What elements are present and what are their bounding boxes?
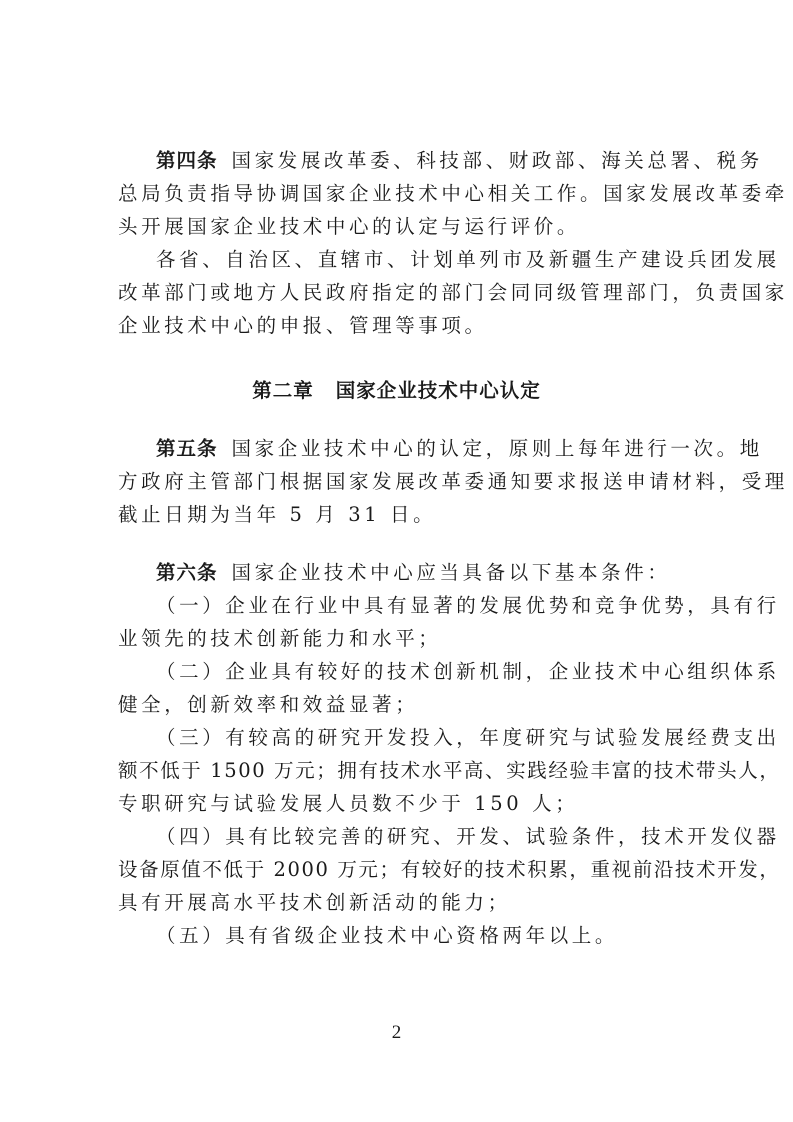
article-4-line-1: 第四条国家发展改革委、科技部、财政部、海关总署、税务 (156, 149, 702, 173)
article-5-line-2: 方政府主管部门根据国家发展改革委通知要求报送申请材料，受理 (118, 470, 702, 494)
chapter-number: 第二章 (252, 379, 314, 402)
article-4-para2-line-2: 改革部门或地方人民政府指定的部门会同同级管理部门，负责国家 (118, 281, 702, 305)
article-5-line-1: 第五条国家企业技术中心的认定，原则上每年进行一次。地 (156, 437, 702, 461)
article-6-item-2-line-1: （二）企业具有较好的技术创新机制，企业技术中心组织体系 (156, 660, 702, 684)
article-6-item-1-line-2: 业领先的技术创新能力和水平； (118, 627, 702, 651)
article-4-line-3: 头开展国家企业技术中心的认定与运行评价。 (118, 215, 702, 239)
chapter-title: 国家企业技术中心认定 (336, 379, 541, 402)
article-6-item-4-line-1: （四）具有比较完善的研究、开发、试验条件，技术开发仪器 (156, 825, 702, 849)
article-4-label: 第四条 (156, 149, 218, 172)
article-6-item-4-line-2: 设备原值不低于 2000 万元；有较好的技术积累，重视前沿技术开发， (118, 858, 702, 882)
article-6-item-5-line-1: （五）具有省级企业技术中心资格两年以上。 (156, 924, 702, 948)
article-6-label: 第六条 (156, 561, 218, 584)
article-6-item-2-line-2: 健全，创新效率和效益显著； (118, 693, 702, 717)
document-page: 第四条国家发展改革委、科技部、财政部、海关总署、税务 总局负责指导协调国家企业技… (0, 0, 793, 1122)
article-4-para2-line-3: 企业技术中心的申报、管理等事项。 (118, 314, 702, 338)
page-number: 2 (0, 1022, 793, 1044)
chapter-heading: 第二章国家企业技术中心认定 (0, 375, 793, 403)
article-5-label: 第五条 (156, 437, 218, 460)
article-6-item-3-line-1: （三）有较高的研究开发投入，年度研究与试验发展经费支出 (156, 726, 702, 750)
article-6-item-1-line-1: （一）企业在行业中具有显著的发展优势和竞争优势，具有行 (156, 594, 702, 618)
article-5-line-3: 截止日期为当年 5 月 31 日。 (118, 503, 702, 527)
article-6-intro: 第六条国家企业技术中心应当具备以下基本条件： (156, 561, 702, 585)
article-6-item-3-line-3: 专职研究与试验发展人员数不少于 150 人； (118, 792, 702, 816)
article-6-item-4-line-3: 具有开展高水平技术创新活动的能力； (118, 891, 702, 915)
article-4-line-2: 总局负责指导协调国家企业技术中心相关工作。国家发展改革委牵 (118, 182, 702, 206)
article-4-para2-line-1: 各省、自治区、直辖市、计划单列市及新疆生产建设兵团发展 (156, 248, 702, 272)
article-6-item-3-line-2: 额不低于 1500 万元；拥有技术水平高、实践经验丰富的技术带头人， (118, 759, 702, 783)
